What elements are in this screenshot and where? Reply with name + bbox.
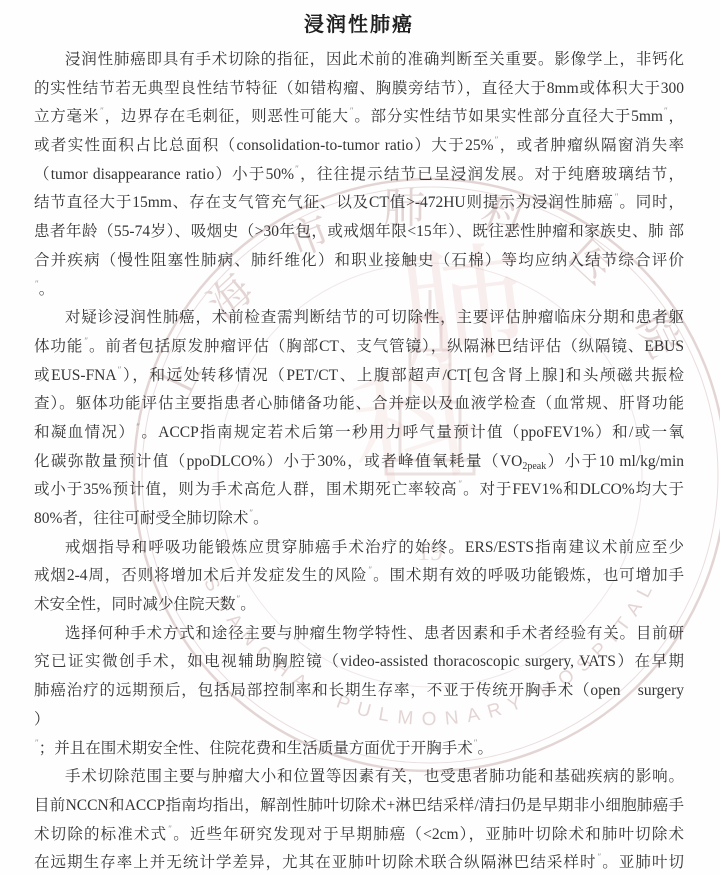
text-line: 患者年龄（55-74岁）、吸烟史（>30年包，或戒烟年限<15年）、既往恶性肿瘤… (34, 218, 684, 247)
text-run: 在远期生存率上并无统计学差异，尤其在亚肺叶切除术联合纵隔淋巴结采样时 (34, 854, 597, 871)
text-line: 或EUS-FNA″），和远处转移情况（PET/CT、上腹部超声/CT[包含肾上腺… (34, 362, 684, 391)
text-line: 化碳弥散量预计值（ppoDLCO%）小于30%，或者峰值氧耗量（VO2peak）… (34, 448, 684, 477)
citation-mark: ″ (474, 738, 477, 748)
text-run: 目前NCCN和ACCP指南均指出，解剖性肺叶切除术+淋巴结采样/清扫仍是早期非小… (34, 797, 684, 814)
document-title: 浸润性肺癌 (34, 8, 684, 37)
text-run: 戒烟指导和呼吸功能锻炼应贯穿肺癌手术治疗的始终。ERS/ESTS指南建议术前应至… (65, 539, 684, 556)
text-line: 80%者，往往可耐受全肺切除术″。 (34, 505, 684, 534)
text-line: 或小于35%预计值，则为手术高危人群，围术期死亡率较高″。对于FEV1%和DLC… (34, 476, 684, 505)
citation-mark: ″ (664, 106, 667, 116)
text-line: 和凝血情况）″。ACCP指南规定若术后第一秒用力呼气量预计值（ppoFEV1%）… (34, 419, 684, 448)
text-run: 或EUS-FNA (34, 367, 117, 384)
text-run: 结节直径大于15mm、存在支气管充气征、以及CT值>-472HU则提示为浸润性肺… (34, 194, 614, 211)
text-line: 的实性结节若无典型良性结节特征（如错构瘤、胸膜旁结节），直径大于8mm或体积大于… (34, 75, 684, 104)
text-run: 术安全性，同时减少住院天数 (34, 596, 236, 613)
text-run: 。前者包括原发肿瘤评估（胸部CT、支气管镜），纵隔淋巴结评估（纵隔镜、EBUS (88, 338, 684, 355)
text-run: ， (668, 108, 684, 125)
citation-mark: ″ (495, 135, 498, 145)
paragraph: 戒烟指导和呼吸功能锻炼应贯穿肺癌手术治疗的始终。ERS/ESTS指南建议术前应至… (34, 534, 684, 620)
text-line: 或者实性面积占比总面积（consolidation-to-tumor ratio… (34, 132, 684, 161)
paragraph: 对疑诊浸润性肺癌，术前检查需判断结节的可切除性，主要评估肿瘤临床分期和患者躯体功… (34, 304, 684, 534)
text-line: 手术切除范围主要与肿瘤大小和位置等因素有关，也受患者肺功能和基础疾病的影响。 (34, 763, 684, 792)
text-run: 。亚肺叶切 (601, 854, 684, 871)
text-run: 。 (253, 510, 269, 527)
text-line: ） (34, 706, 684, 735)
text-run: ），和远处转移情况（PET/CT、上腹部超声/CT[包含肾上腺]和头颅磁共振检 (121, 367, 684, 384)
text-run: 选择何种手术方式和途径主要与肿瘤生物学特性、患者因素和手术者经验有关。目前研 (65, 625, 684, 642)
text-run: 合并疾病（慢性阻塞性肺病、肺纤维化）和职业接触史（石棉）等均应纳入结节综合评价 (34, 252, 684, 269)
paragraph: 浸润性肺癌即具有手术切除的指征，因此术前的准确判断至关重要。影像学上，非钙化的实… (34, 46, 684, 304)
text-line: ″；并且在围术期安全性、住院花费和生活质量方面优于开胸手术″。 (34, 735, 684, 764)
text-run: 。 (240, 596, 256, 613)
document-page: 上海市肺科医院 SHANGHAI PULMONARY HOSPITAL 19 肺… (0, 0, 720, 875)
document-body: 浸润性肺癌即具有手术切除的指征，因此术前的准确判断至关重要。影像学上，非钙化的实… (34, 46, 684, 875)
citation-mark: ″ (458, 479, 461, 489)
text-line: 对疑诊浸润性肺癌，术前检查需判断结节的可切除性，主要评估肿瘤临床分期和患者躯 (34, 304, 684, 333)
citation-mark: ″ (118, 365, 121, 375)
citation-mark: ″ (100, 106, 103, 116)
text-line: 体功能″。前者包括原发肿瘤评估（胸部CT、支气管镜），纵隔淋巴结评估（纵隔镜、E… (34, 333, 684, 362)
text-run: 。 (478, 740, 494, 757)
text-line: 合并疾病（慢性阻塞性肺病、肺纤维化）和职业接触史（石棉）等均应纳入结节综合评价 (34, 247, 684, 276)
text-line: （tumor disappearance ratio）小于50%″，往往提示结节… (34, 161, 684, 190)
text-run: 80%者，往往可耐受全肺切除术 (34, 510, 248, 527)
text-run: （tumor disappearance ratio）小于50% (34, 166, 294, 183)
text-line: 选择何种手术方式和途径主要与肿瘤生物学特性、患者因素和手术者经验有关。目前研 (34, 620, 684, 649)
text-run: ，或者肿瘤纵隔窗消失率 (498, 137, 684, 154)
text-run: 。ACCP指南规定若术后第一秒用力呼气量预计值（ppoFEV1%）和/或一氧 (140, 424, 684, 441)
text-run: 。 (39, 281, 55, 298)
citation-mark: ″ (295, 164, 298, 174)
text-run: 肺癌治疗的远期预后，包括局部控制率和长期生存率，不亚于传统开胸手术（open s… (34, 682, 684, 699)
text-run: 手术切除范围主要与肿瘤大小和位置等因素有关，也受患者肺功能和基础疾病的影响。 (65, 768, 684, 785)
text-run: 或者实性面积占比总面积（consolidation-to-tumor ratio… (34, 137, 494, 154)
document-content: 浸润性肺癌 浸润性肺癌即具有手术切除的指征，因此术前的准确判断至关重要。影像学上… (0, 0, 720, 875)
text-line: 戒烟指导和呼吸功能锻炼应贯穿肺癌手术治疗的始终。ERS/ESTS指南建议术前应至… (34, 534, 684, 563)
citation-mark: ″ (237, 594, 240, 604)
text-line: 结节直径大于15mm、存在支气管充气征、以及CT值>-472HU则提示为浸润性肺… (34, 189, 684, 218)
text-run: 。部分实性结节如果实性部分直径大于5mm (354, 108, 663, 125)
text-run: ；并且在围术期安全性、住院花费和生活质量方面优于开胸手术 (39, 740, 473, 757)
paragraph: 选择何种手术方式和途径主要与肿瘤生物学特性、患者因素和手术者经验有关。目前研究已… (34, 620, 684, 763)
text-run: 或小于35%预计值，则为手术高危人群，围术期死亡率较高 (34, 481, 457, 498)
text-run: 术切除的标准术式 (34, 826, 167, 843)
text-line: 在远期生存率上并无统计学差异，尤其在亚肺叶切除术联合纵隔淋巴结采样时″。亚肺叶切 (34, 849, 684, 875)
text-line: 究已证实微创手术，如电视辅助胸腔镜（video-assisted thoraco… (34, 648, 684, 677)
text-run: ）小于10 ml/kg/min (546, 453, 684, 470)
text-line: 术安全性，同时减少住院天数″。 (34, 591, 684, 620)
text-run: 戒烟2-4周，否则将增加术后并发症发生的风险 (34, 567, 367, 584)
text-line: 肺癌治疗的远期预后，包括局部控制率和长期生存率，不亚于传统开胸手术（open s… (34, 677, 684, 706)
text-line: 术切除的标准术式″。近些年研究发现对于早期肺癌（<2cm），亚肺叶切除术和肺叶切… (34, 821, 684, 850)
paragraph: 手术切除范围主要与肿瘤大小和位置等因素有关，也受患者肺功能和基础疾病的影响。目前… (34, 763, 684, 875)
text-line: ″。 (34, 276, 684, 305)
citation-mark: ″ (84, 336, 87, 346)
text-run: 。对于FEV1%和DLCO%均大于 (462, 481, 684, 498)
text-run: ，往往提示结节已呈浸润发展。对于纯磨玻璃结节， (299, 166, 684, 183)
text-run: 。同时， (619, 194, 684, 211)
citation-mark: ″ (168, 824, 171, 834)
text-run: 化碳弥散量预计值（ppoDLCO%）小于30%，或者峰值氧耗量（VO (34, 453, 522, 470)
text-run: 患者年龄（55-74岁）、吸烟史（>30年包，或戒烟年限<15年）、既往恶性肿瘤… (34, 223, 684, 240)
citation-mark: ″ (35, 738, 38, 748)
text-run: 。围术期有效的呼吸功能锻炼，也可增加手 (372, 567, 684, 584)
subscript-text: 2peak (522, 461, 546, 472)
text-run: ） (34, 711, 50, 728)
text-run: 。近些年研究发现对于早期肺癌（<2cm），亚肺叶切除术和肺叶切除术 (172, 826, 684, 843)
citation-mark: ″ (136, 422, 139, 432)
citation-mark: ″ (249, 508, 252, 518)
citation-mark: ″ (350, 106, 353, 116)
text-line: 目前NCCN和ACCP指南均指出，解剖性肺叶切除术+淋巴结采样/清扫仍是早期非小… (34, 792, 684, 821)
text-run: 的实性结节若无典型良性结节特征（如错构瘤、胸膜旁结节），直径大于8mm或体积大于… (34, 80, 684, 97)
text-run: 和凝血情况） (34, 424, 135, 441)
text-run: 浸润性肺癌即具有手术切除的指征，因此术前的准确判断至关重要。影像学上，非钙化 (65, 51, 684, 68)
text-line: 浸润性肺癌即具有手术切除的指征，因此术前的准确判断至关重要。影像学上，非钙化 (34, 46, 684, 75)
text-run: 对疑诊浸润性肺癌，术前检查需判断结节的可切除性，主要评估肿瘤临床分期和患者躯 (65, 309, 684, 326)
text-line: 查）。躯体功能评估主要指患者心肺储备功能、合并症以及血液学检查（血常规、肝肾功能 (34, 390, 684, 419)
text-run: 立方毫米 (34, 108, 99, 125)
text-run: ，边界存在毛刺征，则恶性可能大 (104, 108, 349, 125)
citation-mark: ″ (615, 192, 618, 202)
citation-mark: ″ (368, 565, 371, 575)
text-run: 查）。躯体功能评估主要指患者心肺储备功能、合并症以及血液学检查（血常规、肝肾功能 (34, 395, 684, 412)
text-line: 立方毫米″，边界存在毛刺征，则恶性可能大″。部分实性结节如果实性部分直径大于5m… (34, 103, 684, 132)
citation-mark: ″ (35, 279, 38, 289)
text-line: 戒烟2-4周，否则将增加术后并发症发生的风险″。围术期有效的呼吸功能锻炼，也可增… (34, 562, 684, 591)
text-run: 体功能 (34, 338, 83, 355)
text-run: 究已证实微创手术，如电视辅助胸腔镜（video-assisted thoraco… (34, 653, 684, 670)
citation-mark: ″ (598, 852, 601, 862)
